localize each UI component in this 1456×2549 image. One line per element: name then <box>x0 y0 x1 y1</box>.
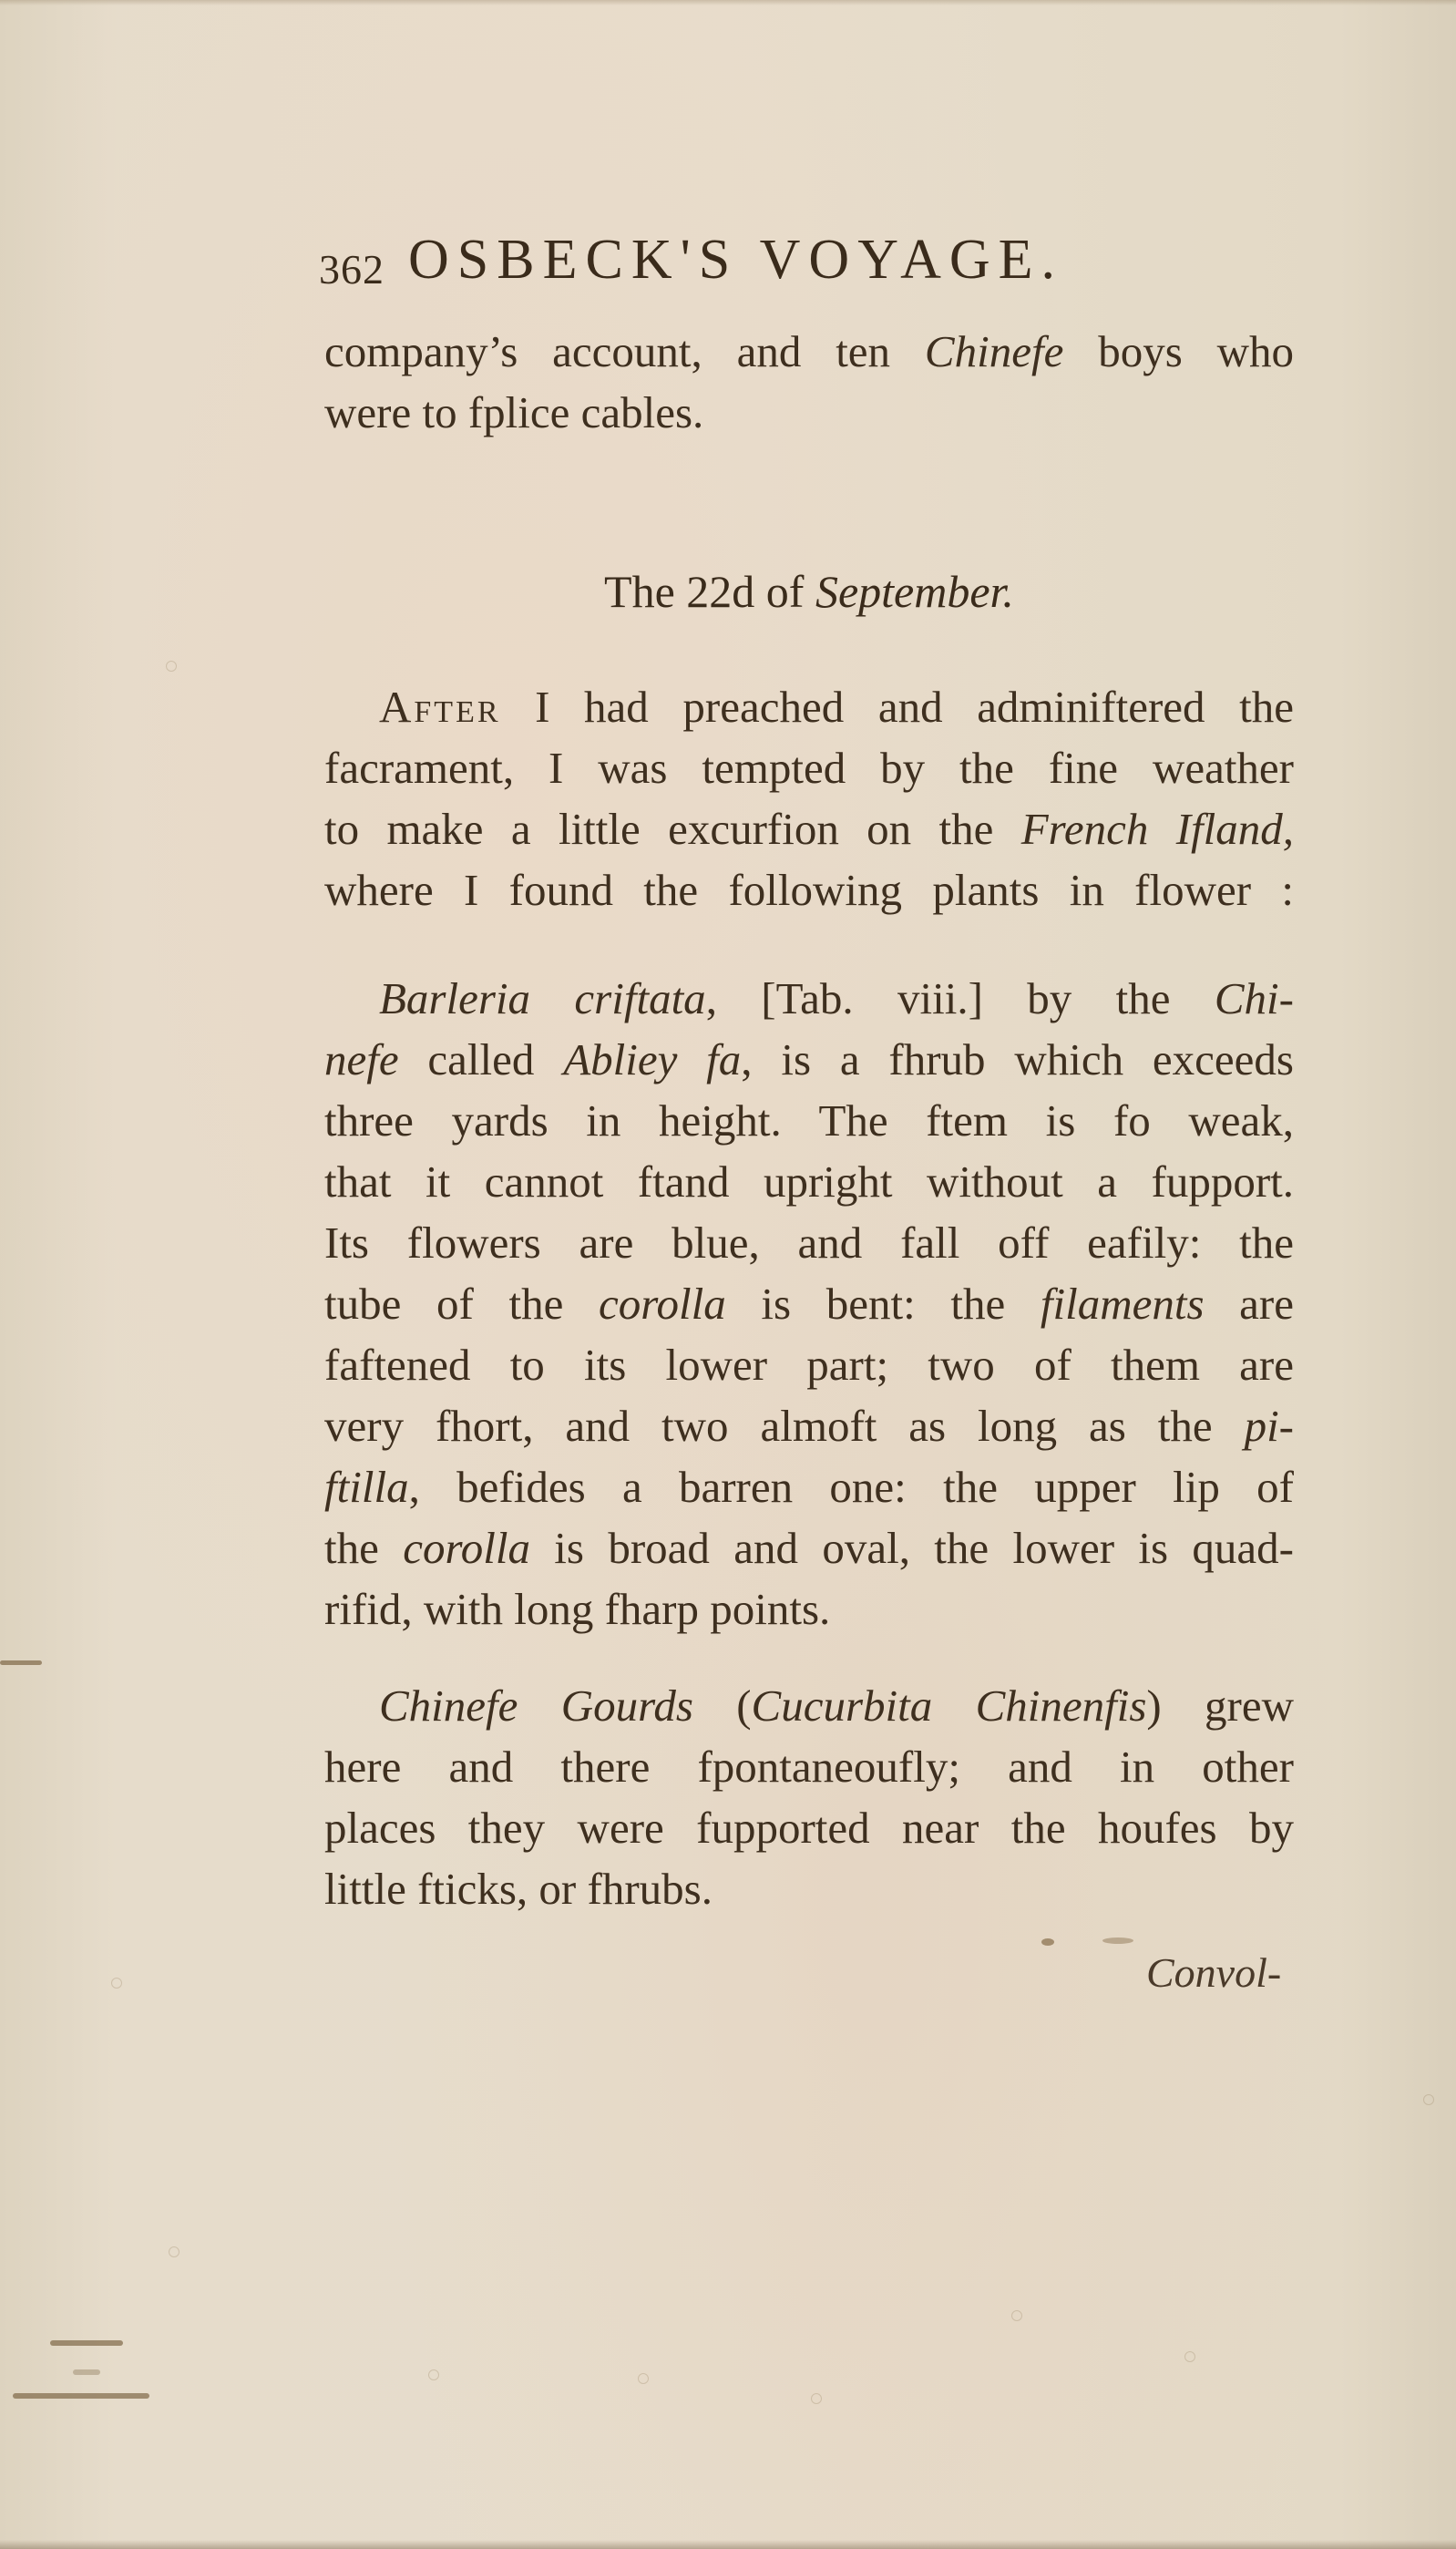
text-line: to make a little excurfion on the French… <box>324 798 1294 859</box>
ink-speck <box>1102 1937 1133 1944</box>
foxing-spot <box>111 1978 122 1989</box>
paragraph-barleria: Barleria criftata, [Tab. viii.] by the C… <box>324 968 1294 1639</box>
page-top-edge <box>0 0 1456 5</box>
text-line: the corolla is broad and oval, the lower… <box>324 1517 1294 1578</box>
paragraph-after-sermon: After I had preached and adminiftered th… <box>324 676 1294 920</box>
text-line: rifid, with long fharp points. <box>324 1578 1294 1639</box>
continuation-paragraph: company’s account, and ten Chinefe boys … <box>324 321 1294 443</box>
ink-speck <box>1041 1938 1054 1946</box>
page-bottom-edge <box>0 2540 1456 2549</box>
running-title: OSBECK'S VOYAGE. <box>408 229 1063 291</box>
foxing-spot <box>428 2369 439 2380</box>
text-line: that it cannot ftand upright without a f… <box>324 1151 1294 1212</box>
catchword: Convol- <box>1146 1948 1281 1997</box>
margin-stain <box>13 2393 149 2399</box>
date-heading: The 22d of September. <box>324 565 1294 618</box>
foxing-spot <box>1011 2310 1022 2321</box>
text-line: Chinefe Gourds (Cucurbita Chinenfis) gre… <box>324 1675 1294 1736</box>
text-line: where I found the following plants in fl… <box>324 859 1294 920</box>
text-line: After I had preached and adminiftered th… <box>324 676 1294 737</box>
text-line: tube of the corolla is bent: the filamen… <box>324 1273 1294 1334</box>
text-line: ftilla, befides a barren one: the upper … <box>324 1456 1294 1517</box>
drop-word: After <box>379 682 501 732</box>
text-line: nefe called Abliey fa, is a fhrub which … <box>324 1029 1294 1090</box>
margin-stain <box>50 2340 123 2346</box>
text-line: facrament, I was tempted by the fine wea… <box>324 737 1294 798</box>
text-line: here and there fpontaneoufly; and in oth… <box>324 1736 1294 1797</box>
foxing-spot <box>1423 2094 1434 2105</box>
text-line: Its flowers are blue, and fall off eafil… <box>324 1212 1294 1273</box>
foxing-spot <box>169 2246 179 2257</box>
foxing-spot <box>166 661 177 672</box>
text-line: Barleria criftata, [Tab. viii.] by the C… <box>324 968 1294 1029</box>
foxing-spot <box>811 2393 822 2404</box>
text-line: faftened to its lower part; two of them … <box>324 1334 1294 1395</box>
text-line: very fhort, and two almoft as long as th… <box>324 1395 1294 1456</box>
margin-stain <box>73 2369 100 2375</box>
text-line: places they were fupported near the houf… <box>324 1797 1294 1858</box>
page-number: 362 <box>319 246 385 293</box>
margin-stain <box>0 1660 42 1665</box>
text-line: three yards in height. The ftem is fo we… <box>324 1090 1294 1151</box>
text-line: company’s account, and ten Chinefe boys … <box>324 321 1294 382</box>
paragraph-gourds: Chinefe Gourds (Cucurbita Chinenfis) gre… <box>324 1675 1294 1919</box>
foxing-spot <box>1184 2351 1195 2362</box>
text-line: were to fplice cables. <box>324 382 1294 443</box>
foxing-spot <box>638 2373 649 2384</box>
running-header: 362OSBECK'S VOYAGE. <box>319 228 1321 293</box>
text-line: little fticks, or fhrubs. <box>324 1858 1294 1919</box>
